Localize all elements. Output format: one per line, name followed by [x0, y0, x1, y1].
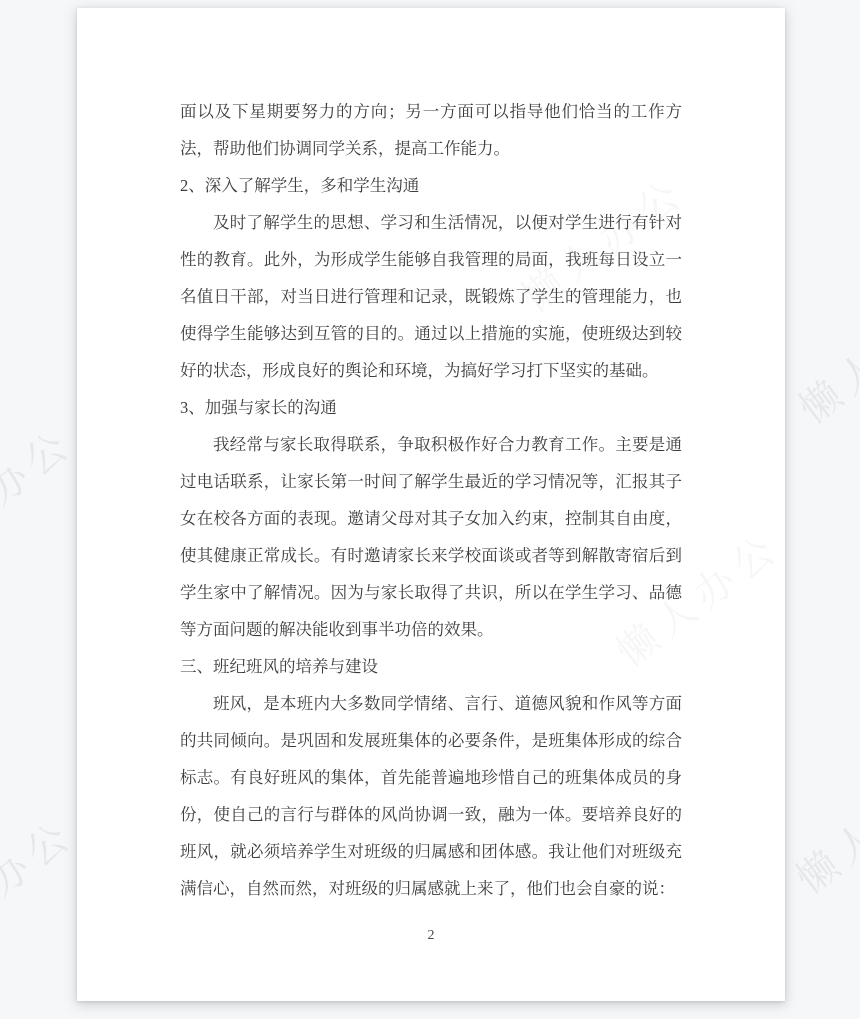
watermark-text: 懒人办公	[0, 420, 83, 572]
section-heading: 三、班纪班风的培养与建设	[180, 648, 682, 685]
section-heading: 2、深入了解学生，多和学生沟通	[180, 167, 682, 204]
watermark-text: 懒人办公	[788, 751, 860, 903]
watermark-text: 懒人办公	[0, 811, 84, 963]
page-number: 2	[77, 926, 785, 946]
watermark-text: 懒人办公	[791, 281, 860, 433]
paragraph-continuation: 面以及下星期要努力的方向；另一方面可以指导他们恰当的工作方法，帮助他们协调同学关…	[180, 93, 682, 167]
document-content: 面以及下星期要努力的方向；另一方面可以指导他们恰当的工作方法，帮助他们协调同学关…	[180, 93, 682, 907]
paragraph: 班风，是本班内大多数同学情绪、言行、道德风貌和作风等方面的共同倾向。是巩固和发展…	[180, 685, 682, 907]
paragraph: 及时了解学生的思想、学习和生活情况，以便对学生进行有针对性的教育。此外，为形成学…	[180, 204, 682, 389]
paragraph: 我经常与家长取得联系，争取积极作好合力教育工作。主要是通过电话联系，让家长第一时…	[180, 426, 682, 648]
section-heading: 3、加强与家长的沟通	[180, 389, 682, 426]
document-viewer-canvas: 面以及下星期要努力的方向；另一方面可以指导他们恰当的工作方法，帮助他们协调同学关…	[0, 0, 860, 1019]
document-page: 面以及下星期要努力的方向；另一方面可以指导他们恰当的工作方法，帮助他们协调同学关…	[77, 8, 785, 1001]
